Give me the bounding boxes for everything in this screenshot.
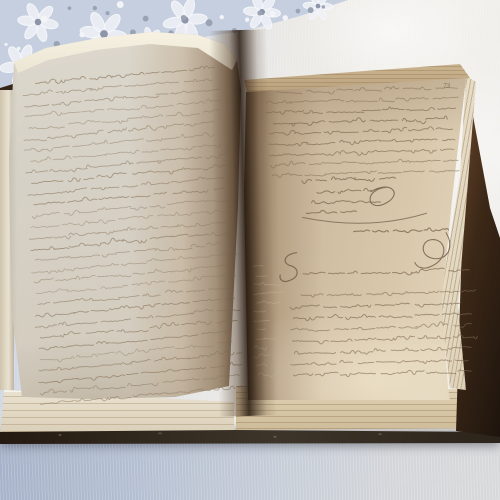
- photo-scene: 73: [0, 0, 500, 500]
- page-number: 73: [443, 82, 450, 90]
- book-gutter-shadow: [209, 29, 277, 416]
